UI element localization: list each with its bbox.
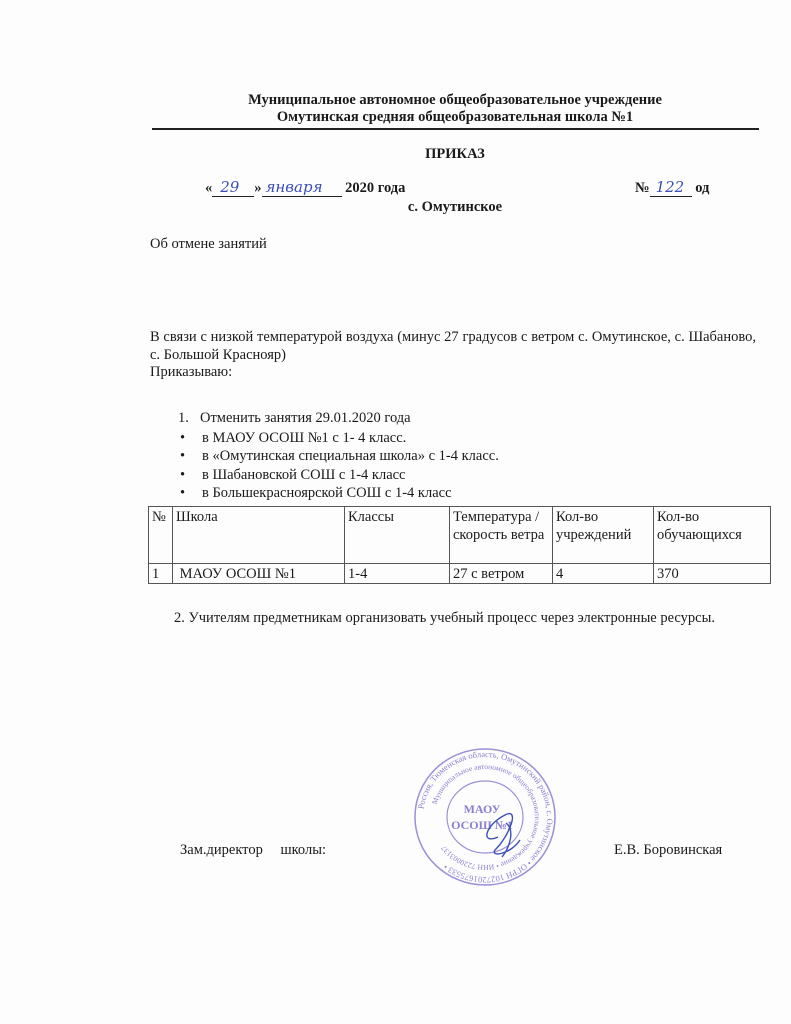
header-cell: Температура /скорость ветра (450, 507, 553, 564)
table-cell: 4 (553, 564, 654, 584)
table-header-row: № Школа Классы Температура /скорость вет… (149, 507, 771, 564)
order-number: №122 од (635, 180, 709, 197)
signatory-role: Зам.директор школы: (180, 842, 326, 859)
list-item: в МАОУ ОСОШ №1 с 1- 4 класс. (180, 429, 499, 447)
org-name-line1: Муниципальное автономное общеобразовател… (150, 92, 760, 109)
list-item: в «Омутинская специальная школа» с 1-4 к… (180, 447, 499, 465)
number-field: 122 (650, 180, 692, 197)
order-directive: Приказываю: (150, 364, 232, 381)
table-cell: 1 (149, 564, 173, 584)
item-text: Отменить занятия 29.01.2020 года (200, 410, 411, 426)
item-number: 1. (178, 410, 200, 427)
handwritten-day: 29 (220, 178, 239, 196)
place-of-issue: с. Омутинское (150, 199, 760, 216)
organization-header: Муниципальное автономное общеобразовател… (150, 92, 760, 126)
month-field: января (262, 180, 342, 197)
list-item: в Большекрасноярской СОШ с 1-4 класс (180, 484, 499, 502)
signatory-name: Е.В. Боровинская (614, 842, 722, 859)
table-cell: 1-4 (345, 564, 450, 584)
handwritten-month: января (266, 178, 323, 196)
order-item-2: 2. Учителям предметникам организовать уч… (150, 609, 756, 627)
handwritten-number: 122 (656, 178, 685, 196)
year-text: 2020 года (345, 180, 405, 196)
schools-table: № Школа Классы Температура /скорость вет… (148, 506, 771, 584)
order-date: «29»января 2020 года (205, 180, 405, 197)
header-cell: Кол-во учреждений (553, 507, 654, 564)
list-item: в Шабановской СОШ с 1-4 класс (180, 466, 499, 484)
day-field: 29 (212, 180, 254, 197)
preamble-paragraph: В связи с низкой температурой воздуха (м… (150, 329, 756, 364)
quote-open: « (205, 180, 212, 196)
order-item-1: 1.Отменить занятия 29.01.2020 года (178, 410, 411, 427)
quote-close: » (254, 180, 261, 196)
table-cell: 370 (654, 564, 771, 584)
stamp-seal-icon: Россия, Тюменская область, Омутинский ра… (410, 745, 560, 890)
header-cell: Кол-во обучающихся (654, 507, 771, 564)
table-cell: МАОУ ОСОШ №1 (173, 564, 345, 584)
order-subject: Об отмене занятий (150, 236, 267, 253)
header-cell: № (149, 507, 173, 564)
document-title: ПРИКАЗ (150, 146, 760, 163)
stamp-center-line1: МАОУ (464, 802, 501, 816)
table-row: 1 МАОУ ОСОШ №1 1-4 27 с ветром 4 370 (149, 564, 771, 584)
number-sign: № (635, 180, 650, 196)
header-cell: Школа (173, 507, 345, 564)
header-divider (152, 128, 759, 130)
school-list: в МАОУ ОСОШ №1 с 1- 4 класс. в «Омутинск… (180, 429, 499, 502)
header-cell: Классы (345, 507, 450, 564)
official-stamp: Россия, Тюменская область, Омутинский ра… (410, 745, 560, 890)
table-cell: 27 с ветром (450, 564, 553, 584)
stamp-center-line2: ОСОШ №1 (451, 818, 513, 832)
number-suffix: од (695, 180, 709, 196)
org-name-line2: Омутинская средняя общеобразовательная ш… (150, 109, 760, 126)
